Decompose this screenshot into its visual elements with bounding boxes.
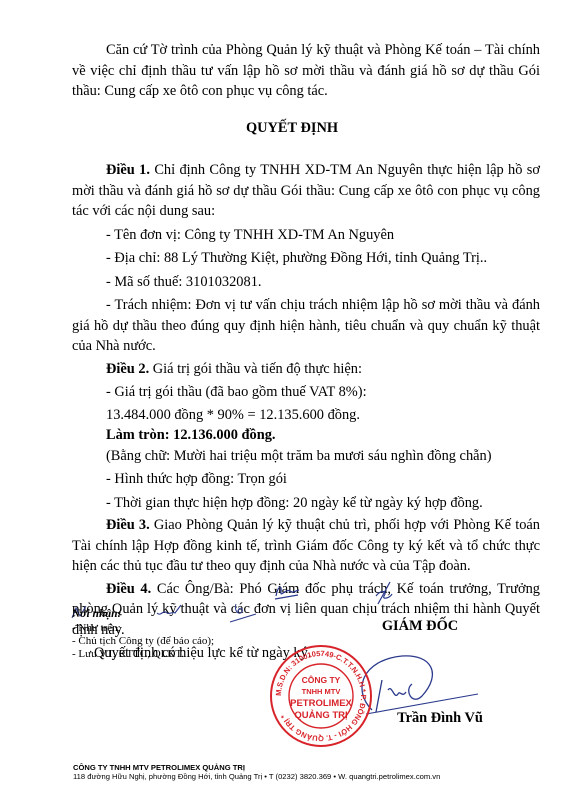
article-2-label: Điều 2. <box>106 361 149 377</box>
article-2-value-line: - Giá trị gói thầu (đã bao gồm thuế VAT … <box>72 382 540 403</box>
articles-block: Điều 1. Chỉ định Công ty TNHH XD-TM An N… <box>72 160 540 664</box>
initials-signature-icon <box>370 578 396 608</box>
initials-signature-icon <box>228 600 258 624</box>
preamble-block: Căn cứ Tờ trình của Phòng Quản lý kỹ thu… <box>72 40 540 102</box>
article-2-duration: - Thời gian thực hiện hợp đồng: 20 ngày … <box>72 493 540 514</box>
article-2: Điều 2. Giá trị gói thầu và tiến độ thực… <box>72 359 540 380</box>
article-1-responsibility: - Trách nhiệm: Đơn vị tư vấn chịu trách … <box>72 295 540 357</box>
letterhead-footer: CÔNG TY TNHH MTV PETROLIMEX QUẢNG TRỊ 11… <box>73 763 440 782</box>
article-3-label: Điều 3. <box>106 517 150 533</box>
article-1-label: Điều 1. <box>106 162 150 178</box>
article-1-item-address: - Địa chỉ: 88 Lý Thường Kiệt, phường Đồn… <box>72 248 540 269</box>
article-2-rounded: Làm tròn: 12.136.000 đồng. <box>72 425 540 446</box>
document-title: QUYẾT ĐỊNH <box>0 120 584 137</box>
stamp-line-4: QUẢNG TRỊ <box>294 709 347 721</box>
article-2-in-words: (Bằng chữ: Mười hai triệu một trăm ba mư… <box>72 446 540 467</box>
recipient-item: - Chủ tịch Công ty (để báo cáo); <box>72 635 214 648</box>
company-stamp-icon: M.S.D.N: 3100105749-C.T.T.N.H.H * P. ĐỒN… <box>268 643 374 749</box>
article-2-calc: 13.484.000 đồng * 90% = 12.135.600 đồng. <box>72 405 540 426</box>
document-page: Căn cứ Tờ trình của Phòng Quản lý kỹ thu… <box>0 0 584 801</box>
recipients-block: Nơi nhận: - Như trên; - Chủ tịch Công ty… <box>72 608 214 661</box>
initials-signature-icon <box>272 582 302 602</box>
article-1-item-tax: - Mã số thuế: 3101032081. <box>72 272 540 293</box>
article-3: Điều 3. Giao Phòng Quản lý kỹ thuật chủ … <box>72 515 540 577</box>
recipient-item: - Lưu VT, KTTC, QLKT. <box>72 648 214 661</box>
signer-name: Trần Đình Vũ <box>370 710 510 727</box>
article-4-label: Điều 4. <box>106 581 151 597</box>
stamp-line-3: PETROLIMEX <box>290 698 352 709</box>
article-1: Điều 1. Chỉ định Công ty TNHH XD-TM An N… <box>72 160 540 222</box>
article-2-text: Giá trị gói thầu và tiến độ thực hiện: <box>149 361 362 377</box>
stamp-line-2: TNHH MTV <box>302 687 341 696</box>
signer-title: GIÁM ĐỐC <box>350 618 490 635</box>
recipient-item: - Như trên; <box>72 622 214 635</box>
footer-company: CÔNG TY TNHH MTV PETROLIMEX QUẢNG TRỊ <box>73 763 440 772</box>
article-2-contract-form: - Hình thức hợp đồng: Trọn gói <box>72 469 540 490</box>
recipients-heading: Nơi nhận: <box>72 608 214 621</box>
footer-address: 118 đường Hữu Nghị, phường Đồng Hới, tỉn… <box>73 772 440 782</box>
article-1-item-name: - Tên đơn vị: Công ty TNHH XD-TM An Nguy… <box>72 225 540 246</box>
preamble-text: Căn cứ Tờ trình của Phòng Quản lý kỹ thu… <box>72 40 540 102</box>
stamp-line-1: CÔNG TY <box>302 674 341 685</box>
